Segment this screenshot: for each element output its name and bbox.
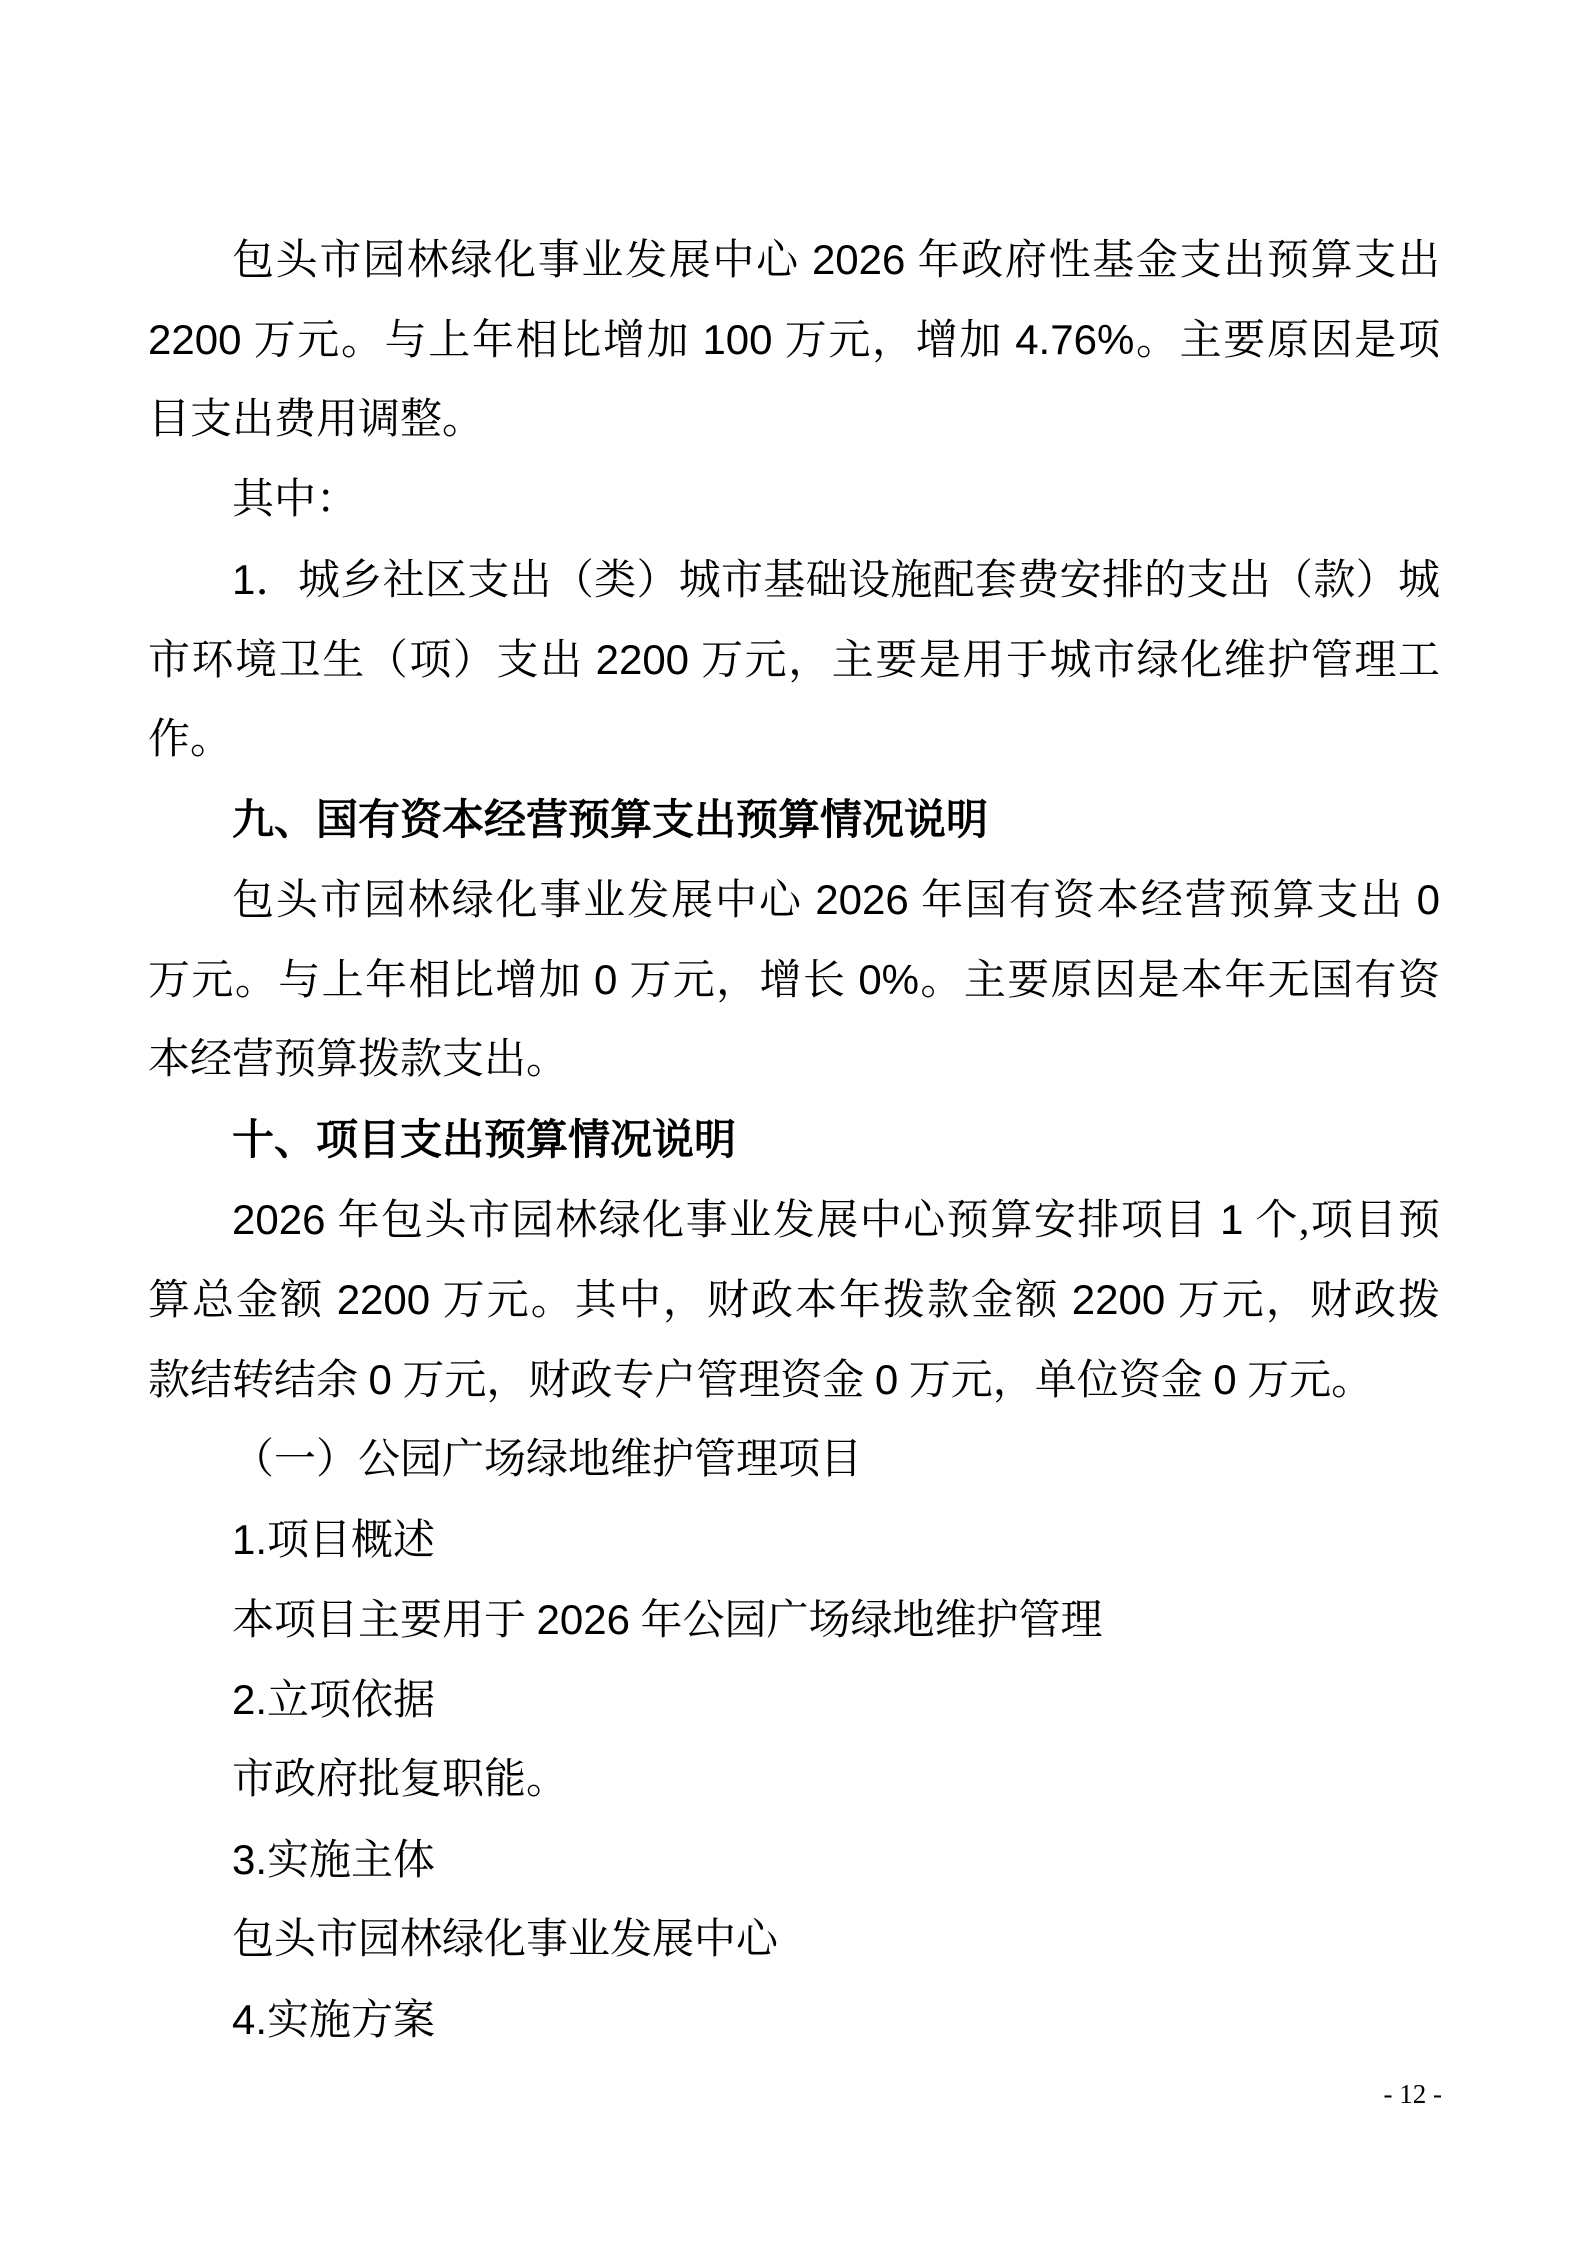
text-line: 2200 万元。与上年相比增加 100 万元，增加 4.76%。主要原因是项 [148, 300, 1440, 380]
text-line: 2.立项依据 [148, 1660, 1440, 1740]
text-line: 1．城乡社区支出（类）城市基础设施配套费安排的支出（款）城 [148, 540, 1440, 620]
text-line: 2026 年包头市园林绿化事业发展中心预算安排项目 1 个,项目预 [148, 1180, 1440, 1260]
text-line: 市政府批复职能。 [148, 1740, 1440, 1820]
text-line: 本项目主要用于 2026 年公园广场绿地维护管理 [148, 1580, 1440, 1660]
text-line: 其中： [148, 460, 1440, 540]
numeral: 0 [369, 1356, 392, 1403]
text-line: 作。 [148, 700, 1440, 780]
text-line: 1.项目概述 [148, 1500, 1440, 1580]
text-line: 万元。与上年相比增加 0 万元，增长 0%。主要原因是本年无国有资 [148, 940, 1440, 1020]
text-line: 包头市园林绿化事业发展中心 2026 年政府性基金支出预算支出 [148, 220, 1440, 300]
numeral: 2026 [812, 236, 905, 283]
numeral: 0% [858, 956, 919, 1003]
numeral: 4. [232, 1996, 267, 2043]
numeral: 3. [232, 1836, 267, 1883]
text-line: 款结转结余 0 万元，财政专户管理资金 0 万元，单位资金 0 万元。 [148, 1340, 1440, 1420]
text-line: 4.实施方案 [148, 1980, 1440, 2060]
text-line: （一）公园广场绿地维护管理项目 [148, 1420, 1440, 1500]
numeral: 0 [1213, 1356, 1236, 1403]
numeral: 0 [594, 956, 617, 1003]
numeral: 1. [232, 1516, 267, 1563]
numeral: 2200 [337, 1276, 430, 1323]
text-line: 市环境卫生（项）支出 2200 万元，主要是用于城市绿化维护管理工 [148, 620, 1440, 700]
text-line: 本经营预算拨款支出。 [148, 1020, 1440, 1100]
numeral: 100 [702, 316, 772, 363]
text-line: 算总金额 2200 万元。其中，财政本年拨款金额 2200 万元，财政拨 [148, 1260, 1440, 1340]
numeral: 2200 [1072, 1276, 1165, 1323]
section-heading: 九、国有资本经营预算支出预算情况说明 [148, 780, 1440, 860]
numeral: 0 [875, 1356, 898, 1403]
numeral: 2200 [596, 636, 689, 683]
section-heading: 十、项目支出预算情况说明 [148, 1100, 1440, 1180]
numeral: 2200 [148, 316, 241, 363]
text-line: 包头市园林绿化事业发展中心 [148, 1900, 1440, 1980]
numeral: 2026 [815, 876, 908, 923]
numeral: 1 [232, 556, 255, 603]
text-line: 目支出费用调整。 [148, 380, 1440, 460]
numeral: 2026 [232, 1196, 325, 1243]
text-line: 3.实施主体 [148, 1820, 1440, 1900]
text-line: 包头市园林绿化事业发展中心 2026 年国有资本经营预算支出 0 [148, 860, 1440, 940]
numeral: 2. [232, 1676, 267, 1723]
numeral: 0 [1417, 876, 1440, 923]
document-page: 包头市园林绿化事业发展中心 2026 年政府性基金支出预算支出2200 万元。与… [0, 0, 1588, 2245]
document-body: 包头市园林绿化事业发展中心 2026 年政府性基金支出预算支出2200 万元。与… [148, 220, 1440, 2060]
numeral: 4.76% [1015, 316, 1134, 363]
numeral: 1 [1220, 1196, 1243, 1243]
numeral: 2026 [537, 1596, 630, 1643]
page-number: - 12 - [1384, 2078, 1442, 2110]
